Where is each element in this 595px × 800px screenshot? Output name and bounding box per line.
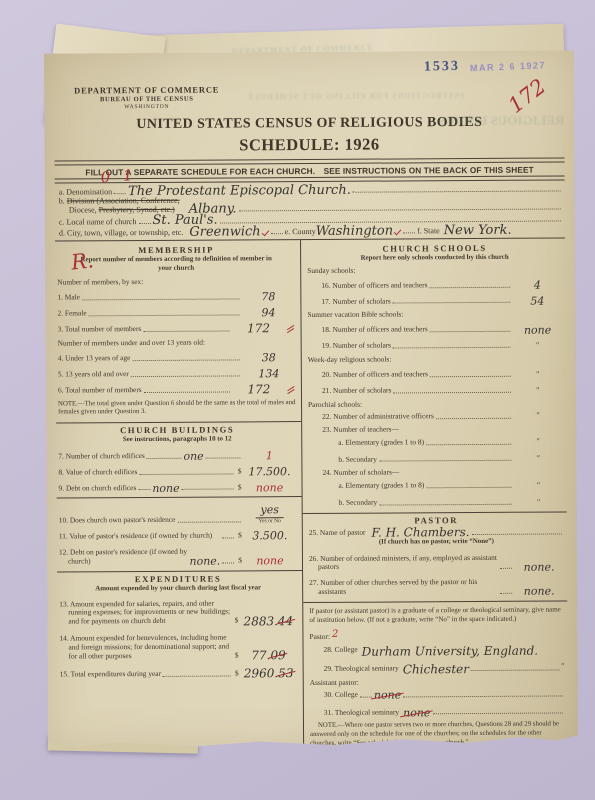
dotted-leader — [132, 359, 239, 361]
question-row-26: 26. Number of ordained ministers, if any… — [309, 553, 564, 572]
section-rule — [57, 570, 302, 572]
agency-block: DEPARTMENT OF COMMERCE BUREAU OF THE CEN… — [74, 85, 219, 112]
handwritten-value: yes — [260, 504, 278, 517]
group-label: Summer vacation Bible schools: — [307, 309, 562, 320]
date-text: March 25 — [81, 776, 140, 790]
ditto-mark: ″ — [513, 439, 563, 446]
signature-row: Signature of person furnishing informati… — [160, 754, 562, 766]
dollar-sign: $ — [235, 617, 239, 626]
dotted-leader — [432, 713, 563, 715]
field-label: e. County — [285, 227, 316, 236]
section-rule — [57, 497, 302, 499]
dotted-leader — [271, 233, 283, 234]
question-row-20: 20. Number of officers and teachers ″ — [322, 370, 563, 380]
question-row-24a: a. Elementary (grades 1 to 8) ″ — [339, 481, 564, 491]
question-label: 18. Number of officers and teachers — [322, 326, 428, 336]
question-row-6: 6. Total number of members 172 — [58, 385, 296, 395]
question-row-22: 22. Number of administrative officers ″ — [322, 411, 563, 421]
red-clerk-value: 1 — [242, 452, 296, 461]
red-tick-mark — [287, 326, 296, 333]
question-row-23a: a. Elementary (grades 1 to 8) ″ — [338, 437, 563, 447]
red-check-mark — [393, 230, 401, 236]
dotted-leader — [139, 473, 233, 475]
question-row-3: 3. Total number of members 172 — [58, 324, 296, 334]
dotted-leader — [131, 375, 240, 377]
ditto-mark: ″ — [513, 387, 563, 394]
handwritten-value: none. — [514, 563, 564, 572]
question-label: 14. Amount expended for benevolences, in… — [59, 634, 232, 662]
dollar-sign: $ — [238, 557, 242, 566]
dotted-leader — [82, 299, 239, 301]
question-row-16: 16. Number of officers and teachers 4 — [321, 280, 562, 290]
stamp-number: 1533 — [424, 59, 460, 76]
dotted-leader — [471, 669, 559, 671]
handwritten-county: Washington — [316, 226, 393, 237]
question-label: 19. Number of scholars — [322, 342, 391, 351]
dotted-leader — [393, 347, 511, 349]
form-subtitle: SCHEDULE: 1926 — [54, 133, 564, 156]
church-buildings-subtitle: See instructions, paragraphs 10 to 12 — [58, 435, 296, 445]
dollar-sign: $ — [235, 651, 239, 660]
question-row-4: 4. Under 13 years of age 38 — [58, 353, 296, 363]
question-row-12: 12. Debt on pastor's residence (if owned… — [59, 547, 297, 566]
question-label: 2. Female — [57, 310, 86, 319]
question-label: a. Elementary (grades 1 to 8) — [338, 438, 424, 447]
dotted-leader — [500, 593, 512, 594]
handwritten-title: Rector. — [321, 766, 364, 776]
question-label: 31. Theological seminary — [324, 708, 399, 717]
question-row-25: 25. Name of pastor F. H. Chambers. — [309, 528, 564, 538]
question-row-24: 24. Number of scholars— — [322, 468, 563, 478]
question-label: 8. Value of church edifices — [58, 468, 137, 477]
dotted-leader — [472, 533, 562, 535]
dotted-leader — [182, 489, 234, 490]
right-column: CHURCH SCHOOLS Report here only schools … — [300, 239, 568, 751]
handwritten-pastor-name: F. H. Chambers. — [371, 528, 469, 538]
dotted-leader — [89, 314, 240, 316]
red-check-mark — [261, 230, 269, 236]
form-number: 11—9084 — [138, 789, 162, 795]
dollar-sign: $ — [238, 467, 242, 476]
signature-label: Signature of person furnishing informati… — [160, 756, 295, 766]
amount-cents-struck: 53 — [278, 666, 293, 680]
question-label: 26. Number of ordained ministers, if any… — [309, 553, 498, 572]
question-row-1: 1. Male 78 — [57, 292, 295, 302]
dotted-leader — [144, 391, 230, 393]
form-header: DEPARTMENT OF COMMERCE BUREAU OF THE CEN… — [54, 56, 564, 115]
amount-cents-struck: 44 — [278, 614, 293, 628]
question-label: 12. Debt on pastor's residence (if owned… — [59, 548, 190, 567]
question-label: 5. 13 years old and over — [58, 370, 129, 379]
dotted-leader — [138, 223, 150, 224]
handwritten-address: St Paul's Rectory, Greenwich. N.Y. — [285, 777, 483, 788]
handwritten-value: 134 — [242, 370, 296, 379]
section-rule — [303, 601, 567, 604]
department-name: DEPARTMENT OF COMMERCE — [74, 85, 219, 97]
ditto-mark: ″ — [514, 482, 564, 489]
dotted-leader — [379, 504, 511, 506]
question-label: 15. Total expenditures during year — [60, 670, 161, 679]
left-column: MEMBERSHIP Report number of members acco… — [55, 240, 303, 752]
pastor-group-label: Pastor:2 — [309, 628, 564, 642]
date-address-row: Date March 25th , 192 7 P. O. Address St… — [60, 776, 566, 788]
question-row-13: 13. Amount expended for salaries, repair… — [59, 599, 297, 627]
yes-or-no-caption: Yes or No — [256, 517, 284, 525]
received-stamp: 1533 MAR 2 6 1927 — [424, 59, 546, 76]
church-schools-title: CHURCH SCHOOLS — [307, 243, 562, 255]
question-label: 23. Number of teachers— — [322, 425, 399, 434]
ditto-mark: ″ — [514, 499, 564, 506]
signature-block: Signature of person furnishing informati… — [58, 750, 568, 796]
dotted-leader — [393, 302, 511, 304]
amount-cents-struck: 09 — [270, 648, 285, 662]
membership-subtitle: Report number of members according to de… — [76, 255, 276, 273]
question-label: 21. Number of scholars — [322, 387, 391, 396]
handwritten-value: 78 — [241, 293, 295, 302]
question-row-21: 21. Number of scholars ″ — [322, 386, 563, 396]
question-label: 10. Does church own pastor's residence — [59, 516, 176, 526]
ditto-mark: ″ — [513, 342, 563, 349]
question-label: 30. College — [324, 690, 358, 699]
handwritten-value: 4 — [512, 281, 562, 290]
field-label: a. Denomination — [59, 187, 112, 196]
question-label: 27. Number of other churches served by t… — [309, 578, 498, 597]
question-row-30: 30. College none — [324, 689, 565, 699]
census-schedule-page: INSTRUCTIONS FOR FILLING OUT SCHEDULE RE… — [44, 50, 578, 747]
ditto-mark: ″ — [513, 371, 563, 378]
handwritten-value: none — [513, 326, 563, 335]
struck-label-text: Division (Association, Conference, — [67, 196, 180, 206]
question-label: a. Elementary (grades 1 to 8) — [339, 482, 425, 491]
dotted-leader — [429, 286, 510, 287]
handwritten-amount: 77.09 — [240, 651, 298, 661]
question-row-15: 15. Total expenditures during year $ 296… — [60, 669, 298, 679]
city-name: WASHINGTON — [74, 103, 219, 111]
group-label: Week-day religious schools: — [308, 354, 563, 365]
form-title: UNITED STATES CENSUS OF RELIGIOUS BODIES — [54, 114, 564, 133]
field-label: Diocese, — [69, 206, 97, 215]
question-row-9: 9. Debt on church edifices none $ none — [59, 483, 297, 493]
pastor-title: PASTOR — [309, 515, 564, 527]
dotted-leader — [360, 696, 372, 697]
handwritten-value-struck: none — [374, 691, 401, 700]
question-label: 16. Number of officers and teachers — [321, 281, 427, 291]
dotted-leader — [353, 190, 561, 192]
amount-dollars: 2960. — [244, 666, 278, 680]
group-label: Parochial schools: — [308, 398, 563, 409]
dotted-leader — [163, 675, 231, 676]
handwritten-value: 172 — [232, 324, 286, 334]
stamp-date: MAR 2 6 1927 — [470, 60, 546, 73]
dotted-leader — [426, 443, 511, 445]
dotted-leader — [114, 193, 126, 194]
official-title-row: Official title Rector. — [275, 765, 446, 775]
section-rule — [56, 421, 301, 423]
handwritten-amount: 2883.44 — [239, 617, 297, 627]
question-row-27: 27. Number of other churches served by t… — [309, 578, 564, 597]
question-row-18: 18. Number of officers and teachers none — [322, 325, 563, 335]
printed-year-prefix: , 192 — [191, 778, 206, 787]
dotted-leader — [379, 460, 511, 462]
field-label: c. Local name of church — [59, 217, 137, 226]
question-label: 7. Number of church edifices — [58, 452, 144, 461]
ditto-mark: ″ — [513, 456, 563, 463]
dotted-leader — [366, 772, 444, 773]
dotted-leader — [177, 522, 240, 523]
question-label: 24. Number of scholars— — [322, 469, 399, 478]
form-number: 8—5518 a — [72, 790, 98, 796]
dotted-leader — [430, 376, 511, 377]
handwritten-text: none. — [189, 558, 220, 567]
handwritten-value: 38 — [242, 354, 296, 363]
handwritten-value: 3.500. — [243, 533, 297, 542]
question-label: 22. Number of administrative officers — [322, 412, 434, 422]
question-label: 13. Amount expended for salaries, repair… — [59, 599, 232, 627]
handwritten-college: Durham University, England. — [362, 646, 539, 657]
question-row-8: 8. Value of church edifices $ 17.500. — [58, 467, 296, 477]
dotted-leader — [143, 330, 229, 332]
field-label: b. — [59, 196, 65, 205]
red-margin-annotation: R. — [70, 248, 95, 274]
scanned-census-form: DEPARTMENT OF COMMERCE INSTRUCTIONS FOR … — [0, 0, 595, 800]
question-row-19: 19. Number of scholars ″ — [322, 341, 563, 351]
dollar-sign: $ — [235, 669, 239, 678]
church-buildings-title: CHURCH BUILDINGS — [58, 424, 296, 435]
question-label: 29. Theological seminary — [324, 664, 399, 673]
handwritten-text: one — [183, 453, 203, 462]
dotted-leader — [147, 458, 182, 459]
red-number-annotation: 2 — [332, 629, 338, 640]
question-label: 20. Number of officers and teachers — [322, 370, 428, 380]
question-label: b. Secondary — [338, 455, 377, 464]
form-numbers: 8—5518 a 11—9084 — [60, 787, 566, 796]
question-label: 4. Under 13 years of age — [58, 354, 131, 363]
graduate-instruction: If pastor (or assistant pastor) is a gra… — [309, 606, 564, 626]
amount-dollars: 2883. — [243, 614, 277, 628]
red-tick-mark — [287, 387, 296, 394]
question-label: 1. Male — [57, 294, 80, 303]
handwritten-signature: F. H. Chambers. — [301, 755, 399, 766]
membership-note: NOTE.—The total given under Question 6 s… — [58, 399, 296, 418]
question-row-10: 10. Does church own pastor's residence y… — [59, 504, 297, 526]
group-label: Sunday schools: — [307, 264, 562, 275]
yes-no-answer: yes Yes or No — [243, 504, 297, 525]
group-label-text: Pastor: — [309, 632, 330, 641]
question-label: 9. Debt on church edifices — [59, 484, 137, 493]
question-row-11: 11. Value of pastor's residence (if owne… — [59, 531, 297, 541]
expenditures-title: EXPENDITURES — [59, 573, 297, 584]
question-label: 6. Total number of members — [58, 386, 142, 395]
handwritten-date: March 25th — [81, 778, 147, 789]
pastor-note-bottom: NOTE.—Where one pastor serves two or mor… — [310, 721, 565, 749]
question-row-31: 31. Theological seminary none — [324, 707, 565, 717]
handwritten-city: Greenwich — [189, 227, 260, 238]
official-title-label: Official title — [275, 766, 313, 775]
red-clerk-value: none — [243, 484, 297, 493]
handwritten-value: none. — [514, 588, 564, 597]
amount-dollars: 77. — [251, 649, 270, 663]
question-row-7: 7. Number of church edifices one 1 — [58, 451, 296, 461]
group-label: Assistant pastor: — [310, 676, 565, 687]
handwritten-value: 17.500. — [242, 468, 296, 477]
dotted-leader — [149, 784, 189, 785]
dotted-leader — [436, 418, 511, 419]
group-label: Number of members under and over 13 year… — [58, 337, 296, 347]
question-row-5: 5. 13 years old and over 134 — [58, 369, 296, 379]
dotted-leader — [500, 568, 512, 569]
dotted-leader — [403, 232, 415, 233]
dotted-leader — [401, 761, 560, 763]
dotted-leader — [222, 538, 234, 539]
handwritten-text: none — [152, 484, 179, 493]
question-row-23: 23. Number of teachers— — [322, 424, 563, 434]
field-label: f. State — [417, 226, 440, 235]
question-row-23b: b. Secondary ″ — [338, 454, 563, 464]
date-label: Date — [60, 779, 75, 788]
dotted-leader — [239, 209, 561, 212]
ditto-mark: ″ — [513, 413, 563, 420]
question-label: 17. Number of scholars — [321, 297, 390, 306]
po-address-label: P. O. Address — [239, 778, 281, 787]
ditto-mark: ″ — [561, 662, 564, 672]
church-schools-subtitle: Report here only schools conducted by th… — [307, 254, 562, 264]
handwritten-value-struck: none — [403, 709, 430, 718]
handwritten-amount: 2960.53 — [240, 669, 298, 679]
handwritten-year-digit: 7 — [206, 778, 214, 788]
dotted-leader — [222, 562, 234, 563]
field-label: d. City, town, village, or township, etc… — [59, 228, 183, 238]
section-rule — [303, 512, 567, 515]
question-row-2: 2. Female 94 — [57, 308, 295, 318]
handwritten-state: New York. — [444, 225, 512, 236]
dotted-leader — [426, 487, 511, 489]
red-code-annotation: 0 1 — [100, 166, 137, 187]
question-row-24b: b. Secondary ″ — [339, 498, 564, 508]
handwritten-value: 54 — [512, 297, 562, 306]
dotted-leader — [138, 489, 150, 490]
red-clerk-value: none — [243, 557, 297, 566]
expenditures-subtitle: Amount expended by your church during la… — [59, 584, 297, 594]
dollar-sign: $ — [238, 483, 242, 492]
dotted-leader — [403, 695, 563, 697]
date-ordinal: th — [140, 776, 147, 784]
question-label: 11. Value of pastor's residence (if owne… — [59, 532, 220, 542]
dotted-leader — [393, 392, 511, 394]
handwritten-seminary: Chichester — [403, 665, 469, 675]
handwritten-value: 172 — [232, 385, 286, 395]
question-label: 28. College — [324, 646, 358, 655]
question-label: 25. Name of pastor — [309, 529, 366, 538]
question-row-29: 29. Theological seminary Chichester ″ — [324, 662, 565, 674]
field-city-county-state: d. City, town, village, or township, etc… — [59, 225, 563, 237]
identification-fields: a. Denomination The Protestant Episcopal… — [55, 180, 565, 241]
pastor-note: (If church has no pastor, write “None”) — [309, 537, 564, 547]
dotted-leader — [430, 331, 511, 332]
question-label: b. Secondary — [339, 499, 378, 508]
dollar-sign: $ — [238, 532, 242, 541]
handwritten-value: 94 — [241, 309, 295, 318]
question-label: 3. Total number of members — [58, 325, 142, 334]
question-row-14: 14. Amount expended for benevolences, in… — [59, 633, 297, 661]
group-label: Number of members, by sex: — [57, 276, 295, 286]
question-row-28: 28. College Durham University, England. — [324, 645, 565, 655]
question-row-17: 17. Number of scholars 54 — [321, 296, 562, 306]
red-check-mark — [483, 779, 491, 785]
form-body-columns: MEMBERSHIP Report number of members acco… — [55, 238, 568, 754]
dotted-leader — [206, 457, 241, 458]
